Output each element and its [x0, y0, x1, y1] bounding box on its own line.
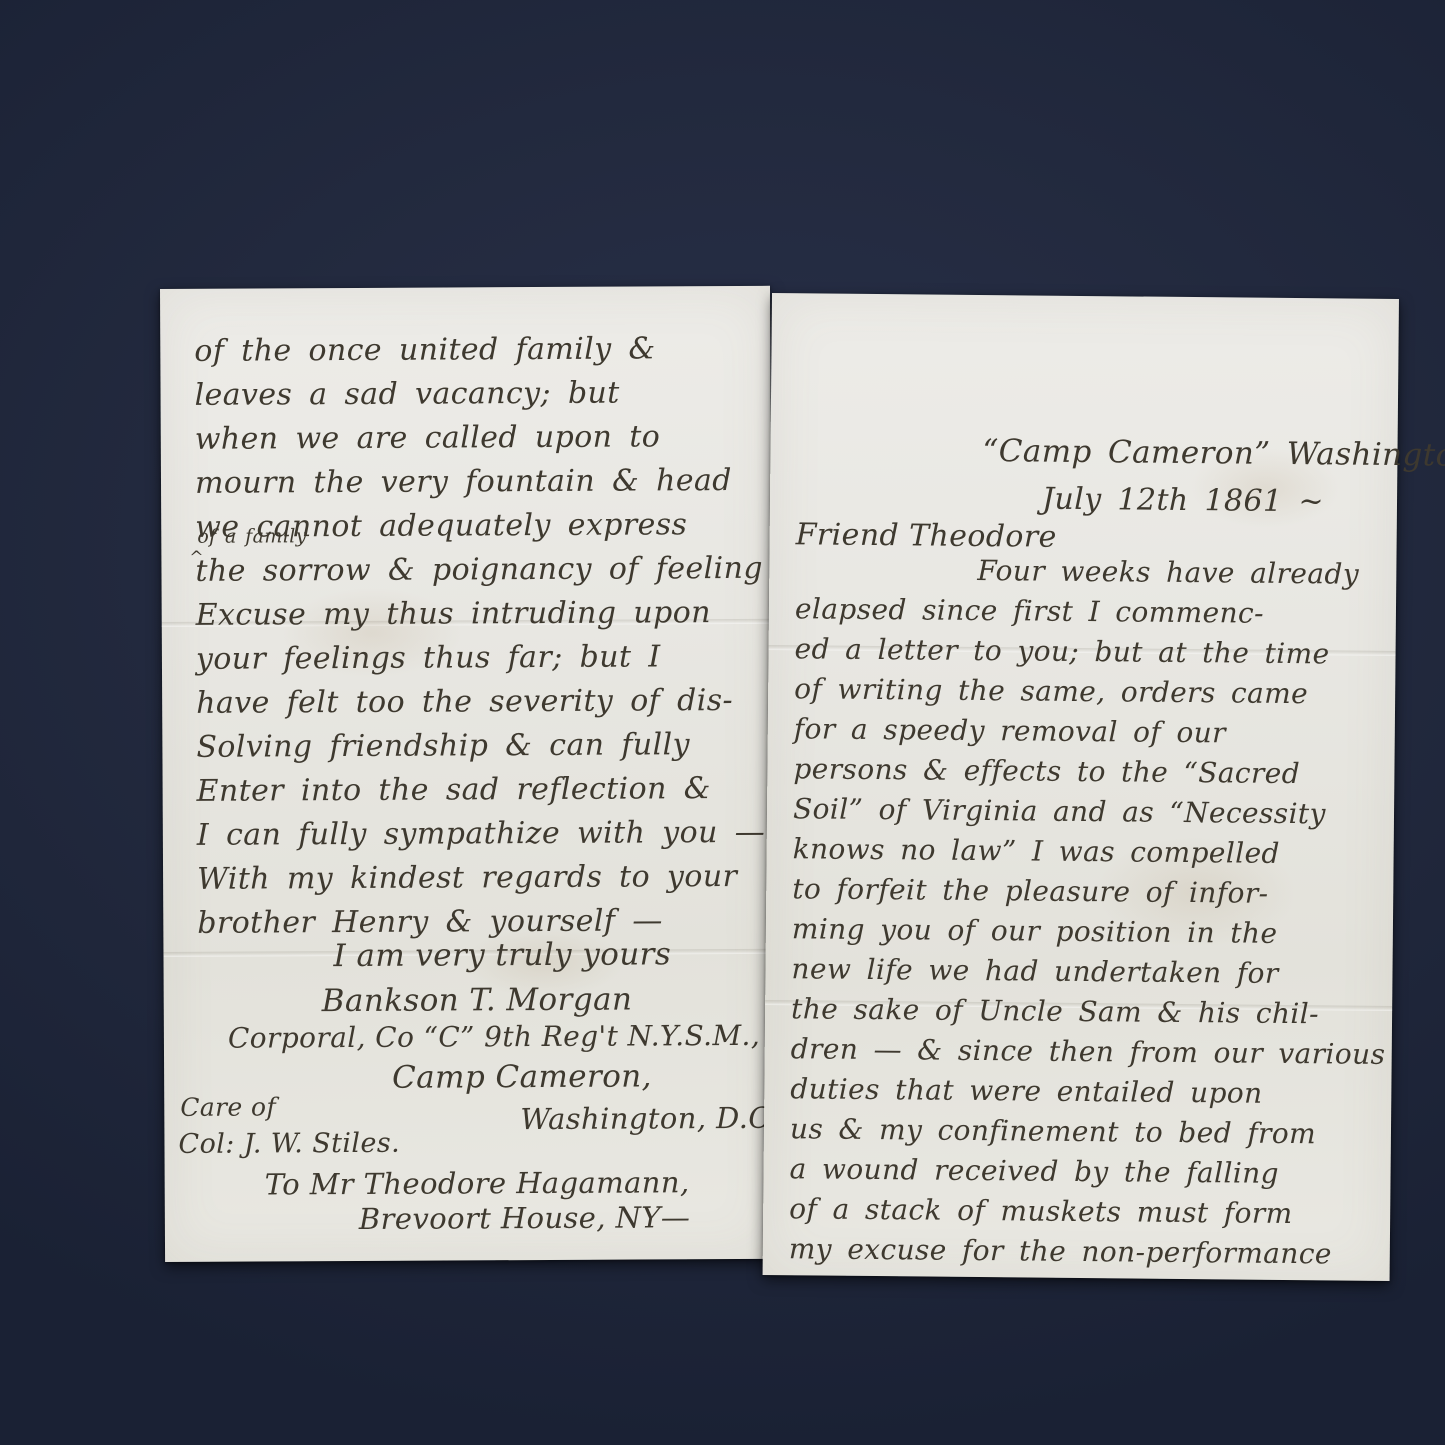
signature: Bankson T. Morgan — [322, 982, 633, 1020]
city-line: Washington, D.C. — [520, 1101, 779, 1136]
handwritten-line: the sake of Uncle Sam & his chil- — [791, 989, 1380, 1035]
handwritten-line: Solving friendship & can fully — [196, 723, 758, 770]
signature-title: Corporal, Co “C” 9th Reg't N.Y.S.M., — [228, 1019, 760, 1055]
camp-line: Camp Cameron, — [392, 1058, 652, 1095]
letter-page-left: of the once united family & leaves a sad… — [160, 286, 775, 1262]
handwritten-line: of a stack of muskets must form — [789, 1189, 1378, 1235]
handwritten-line: Excuse my thus intruding upon — [196, 591, 758, 638]
handwritten-line: to forfeit the pleasure of infor- — [792, 869, 1381, 915]
handwritten-line: us & my confinement to bed from — [790, 1109, 1379, 1155]
handwritten-line: for a speedy removal of our — [794, 709, 1383, 755]
handwritten-line: your feelings thus far; but I — [196, 635, 758, 682]
care-of-name-line: Col: J. W. Stiles. — [178, 1128, 400, 1160]
handwritten-line: elapsed since first I commenc- — [795, 589, 1384, 635]
handwritten-line: of the once united family & — [194, 327, 756, 374]
right-page-body: Four weeks have already elapsed since fi… — [789, 549, 1385, 1275]
handwritten-line: of writing the same, orders came — [794, 669, 1383, 715]
address-line: Brevoort House, NY— — [359, 1200, 691, 1236]
care-of-line: Care of — [180, 1092, 276, 1122]
handwritten-line: mourn the very fountain & head — [195, 459, 757, 506]
handwritten-line: ming you of our position in the — [792, 909, 1381, 955]
caret-mark: ^ — [189, 548, 204, 568]
handwritten-line: Soil” of Virginia and as “Necessity — [793, 789, 1382, 835]
closing-line: I am very truly yours — [333, 936, 671, 974]
handwritten-line: With my kindest regards to your — [197, 855, 759, 902]
handwritten-line: dren — & since then from our various — [791, 1029, 1380, 1075]
handwritten-line: Four weeks have already — [795, 549, 1384, 595]
letter-page-right: “Camp Cameron” Washington July 12th 1861… — [763, 293, 1399, 1281]
addressee-line: To Mr Theodore Hagamann, — [265, 1165, 690, 1201]
letter-photo: of the once united family & leaves a sad… — [0, 0, 1445, 1445]
handwritten-line: a wound received by the falling — [789, 1149, 1378, 1195]
handwritten-line: my excuse for the non-performance — [789, 1229, 1378, 1275]
handwritten-line: ed a letter to you; but at the time — [794, 629, 1383, 675]
handwritten-line: the sorrow & poignancy of feeling — — [195, 547, 757, 594]
handwritten-line: knows no law” I was compelled — [792, 829, 1381, 875]
handwritten-line: when we are called upon to — [195, 415, 757, 462]
handwritten-line: I can fully sympathize with you — — [197, 811, 759, 858]
insertion-text: of a family — [197, 525, 307, 548]
handwritten-line: have felt too the severity of dis- — [196, 679, 758, 726]
handwritten-line: duties that were entailed upon — [790, 1069, 1379, 1115]
handwritten-line: persons & effects to the “Sacred — [793, 749, 1382, 795]
handwritten-line: leaves a sad vacancy; but — [194, 371, 756, 418]
heading-place: “Camp Cameron” Washington — [982, 433, 1445, 474]
interlinear-insertion: ^ of a family — [197, 526, 307, 547]
left-page-body: of the once united family & leaves a sad… — [194, 327, 759, 946]
handwritten-line: new life we had undertaken for — [791, 949, 1380, 995]
heading-date: July 12th 1861 ~ — [1042, 482, 1324, 520]
handwritten-line: Enter into the sad reflection & — [197, 767, 759, 814]
